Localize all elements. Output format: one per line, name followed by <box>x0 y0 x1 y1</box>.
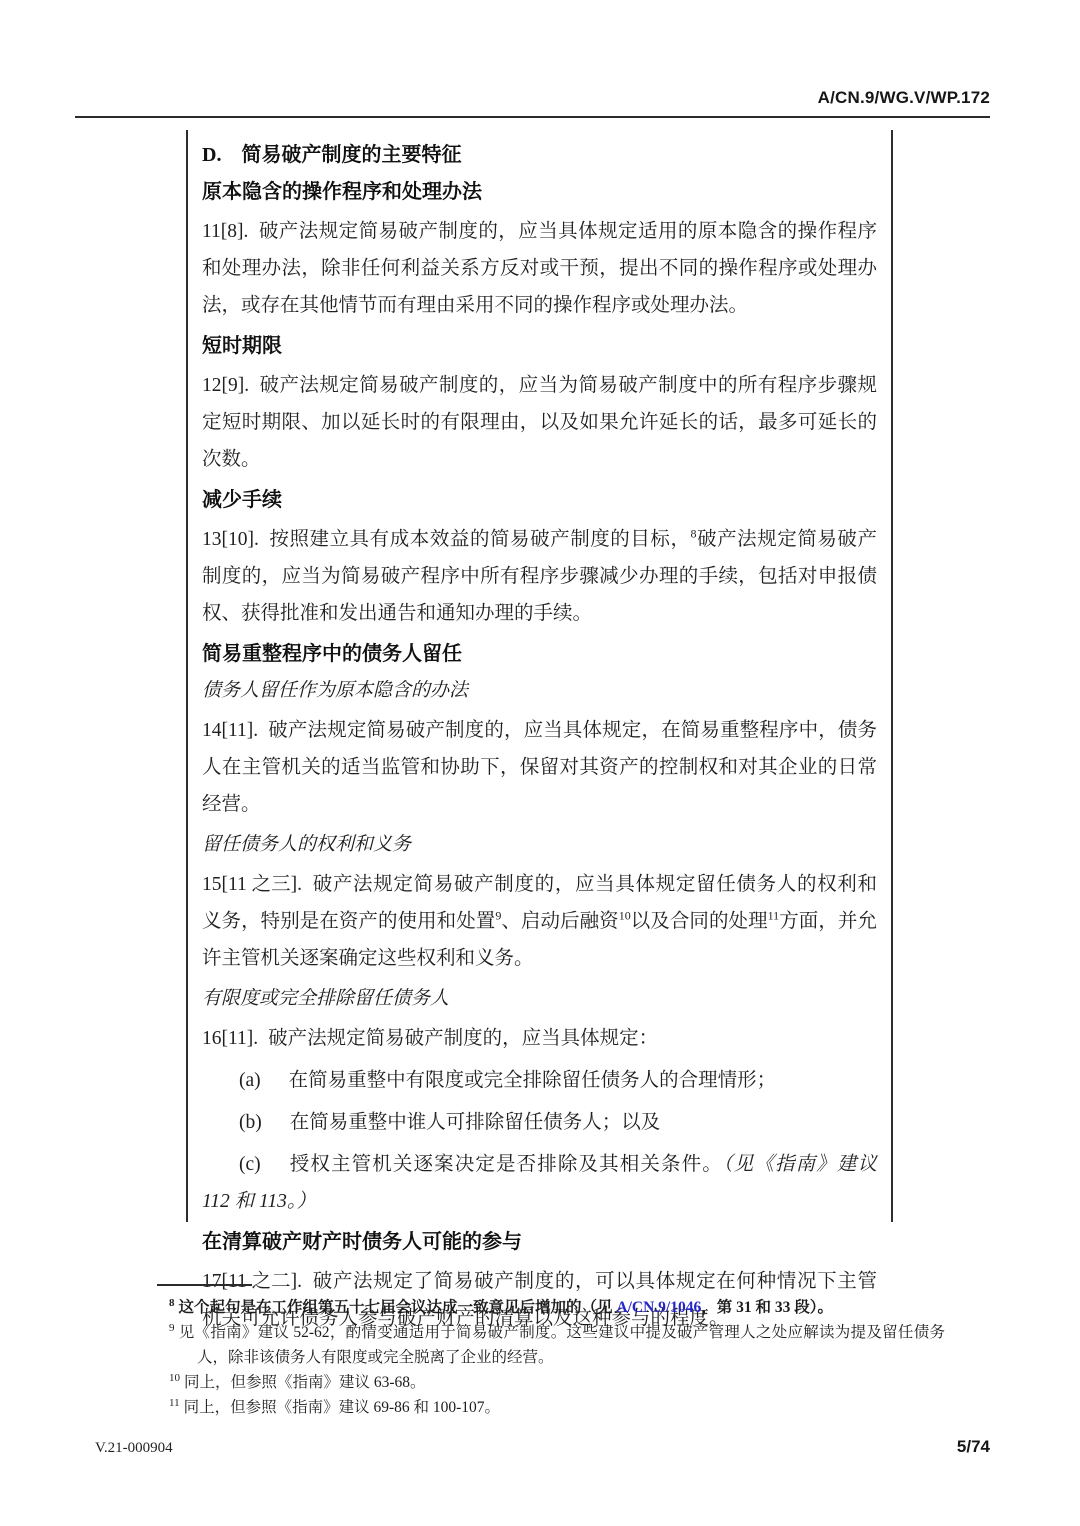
subheading-implicit-procedures: 原本隐含的操作程序和处理办法 <box>202 177 877 207</box>
paragraph-number: 15[11 之三]. <box>202 866 302 903</box>
paragraph-text: 、启动后融资 <box>501 911 618 932</box>
footer-job-number: V.21-000904 <box>95 1440 173 1457</box>
paragraph-16: 16[11].破产法规定简易破产制度的，应当具体规定： <box>202 1020 877 1057</box>
document-page: A/CN.9/WG.V/WP.172 D.简易破产制度的主要特征 原本隐含的操作… <box>0 0 1080 1526</box>
section-number: D. <box>202 140 221 170</box>
section-title: 简易破产制度的主要特征 <box>241 144 461 166</box>
paragraph-number: 13[10]. <box>202 521 259 558</box>
list-marker: (a) <box>239 1062 261 1099</box>
footnote-text: ，第 31 和 33 段）。 <box>701 1299 833 1316</box>
paragraph-number: 11[8]. <box>202 213 248 250</box>
paragraph-number: 14[11]. <box>202 712 258 749</box>
footnote-11: 11同上，但参照《指南》建议 69-86 和 100-107。 <box>169 1395 945 1420</box>
subheading-reduced-formalities: 减少手续 <box>202 485 877 515</box>
paragraph-text: 以及合同的处理 <box>631 911 768 932</box>
footnote-number: 11 <box>169 1397 180 1409</box>
paragraph-text: 破产法规定简易破产制度的，应当具体规定适用的原本隐含的操作程序和处理办法，除非任… <box>202 221 877 316</box>
doc-symbol: A/CN.9/WG.V/WP.172 <box>818 88 990 108</box>
footnotes-section: 8这个起句是在工作组第五十七届会议达成一致意见后增加的（见 A/CN.9/104… <box>155 1284 945 1420</box>
list-text: 在简易重整中谁人可排除留任债务人；以及 <box>290 1112 661 1133</box>
paragraph-12: 12[9].破产法规定简易破产制度的，应当为简易破产制度中的所有程序步骤规定短时… <box>202 367 877 478</box>
paragraph-number: 16[11]. <box>202 1020 258 1057</box>
list-item-b: (b)在简易重整中谁人可排除留任债务人；以及 <box>202 1104 877 1141</box>
paragraph-number: 12[9]. <box>202 367 249 404</box>
list-item-c: (c)授权主管机关逐案决定是否排除及其相关条件。（见《指南》建议 112 和 1… <box>202 1146 877 1220</box>
paragraph-text: 破产法规定简易破产制度的，应当为简易破产制度中的所有程序步骤规定短时期限、加以延… <box>202 375 877 470</box>
subheading-debtor-in-possession: 简易重整程序中的债务人留任 <box>202 639 877 669</box>
paragraph-text: 按照建立具有成本效益的简易破产制度的目标， <box>269 529 691 550</box>
subheading-liquidation-participation: 在清算破产财产时债务人可能的参与 <box>202 1227 877 1257</box>
footnote-ref-11: 11 <box>768 909 780 923</box>
footnote-separator <box>157 1284 252 1286</box>
list-marker: (b) <box>239 1104 262 1141</box>
footnote-text: 见《指南》建议 52-62，酌情变通适用于简易破产制度。这些建议中提及破产管理人… <box>179 1324 946 1366</box>
footnote-text: 这个起句是在工作组第五十七届会议达成一致意见后增加的（见 <box>179 1299 617 1316</box>
list-text: 在简易重整中有限度或完全排除留任债务人的合理情形； <box>289 1070 777 1091</box>
footnote-ref-10: 10 <box>619 909 631 923</box>
footnote-number: 8 <box>169 1297 175 1309</box>
paragraph-text: 破产法规定简易破产制度的，应当具体规定： <box>268 1028 658 1049</box>
section-heading: D.简易破产制度的主要特征 <box>202 140 877 170</box>
paragraph-text: 破产法规定简易破产制度的，应当具体规定，在简易重整程序中，债务人在主管机关的适当… <box>202 720 877 815</box>
doc-link-acn9-1046[interactable]: A/CN.9/1046 <box>616 1299 701 1316</box>
content-frame: D.简易破产制度的主要特征 原本隐含的操作程序和处理办法 11[8].破产法规定… <box>186 130 893 1222</box>
paragraph-11: 11[8].破产法规定简易破产制度的，应当具体规定适用的原本隐含的操作程序和处理… <box>202 213 877 324</box>
list-text: 授权主管机关逐案决定是否排除及其相关条件。 <box>289 1154 723 1175</box>
footnote-9: 9见《指南》建议 52-62，酌情变通适用于简易破产制度。这些建议中提及破产管理… <box>169 1320 945 1370</box>
footnote-number: 10 <box>169 1372 180 1384</box>
footnote-number: 9 <box>169 1322 175 1334</box>
subsubheading-dip-default: 债务人留任作为原本隐含的办法 <box>202 676 877 706</box>
paragraph-13: 13[10].按照建立具有成本效益的简易破产制度的目标，8破产法规定简易破产制度… <box>202 521 877 632</box>
subsubheading-dip-displacement: 有限度或完全排除留任债务人 <box>202 984 877 1014</box>
paragraph-14: 14[11].破产法规定简易破产制度的，应当具体规定，在简易重整程序中，债务人在… <box>202 712 877 823</box>
footnote-8: 8这个起句是在工作组第五十七届会议达成一致意见后增加的（见 A/CN.9/104… <box>169 1295 945 1320</box>
footer-page-number: 5/74 <box>957 1437 990 1457</box>
list-item-a: (a)在简易重整中有限度或完全排除留任债务人的合理情形； <box>202 1062 877 1099</box>
paragraph-15: 15[11 之三].破产法规定简易破产制度的，应当具体规定留任债务人的权利和义务… <box>202 866 877 977</box>
subheading-short-deadlines: 短时期限 <box>202 331 877 361</box>
footnote-10: 10同上，但参照《指南》建议 63-68。 <box>169 1370 945 1395</box>
footnote-text: 同上，但参照《指南》建议 63-68。 <box>184 1374 426 1391</box>
header-rule <box>75 116 990 118</box>
list-marker: (c) <box>239 1146 261 1183</box>
subsubheading-dip-rights: 留任债务人的权利和义务 <box>202 830 877 860</box>
footnote-text: 同上，但参照《指南》建议 69-86 和 100-107。 <box>184 1399 500 1416</box>
